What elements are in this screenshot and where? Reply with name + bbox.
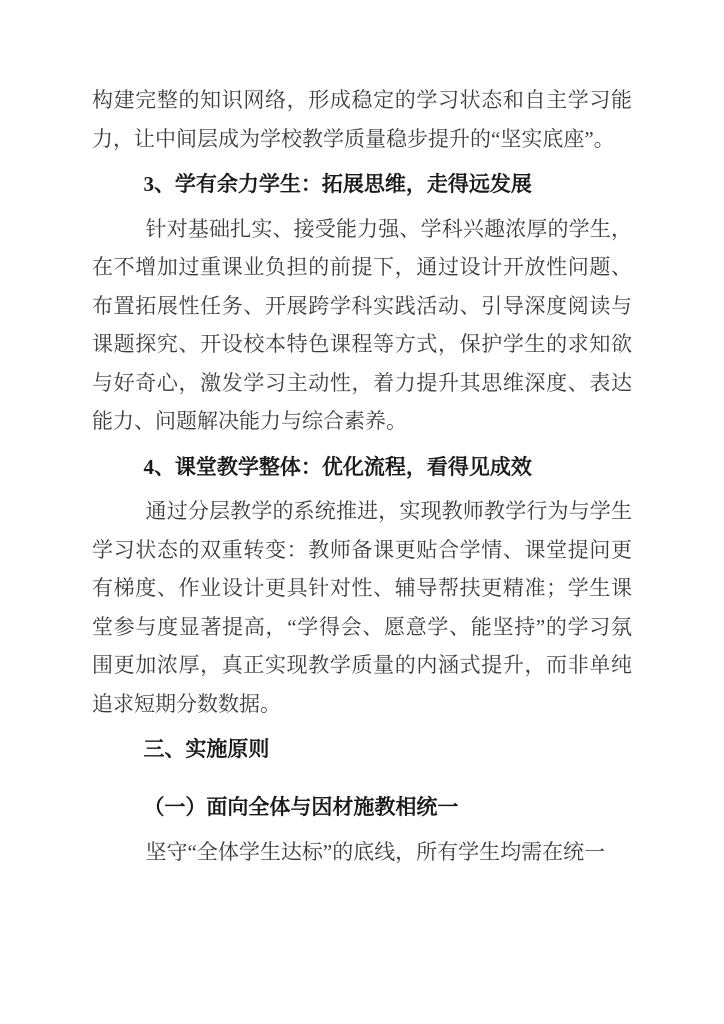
paragraph-classroom-teaching: 通过分层教学的系统推进，实现教师教学行为与学生学习状态的双重转变：教师备课更贴合… (92, 492, 632, 723)
document-content: 构建完整的知识网络，形成稳定的学习状态和自主学习能力，让中间层成为学校教学质量稳… (92, 81, 632, 872)
heading-sub-one-whole-class: （一）面向全体与因材施教相统一 (92, 788, 632, 827)
document-page: 构建完整的知识网络，形成稳定的学习状态和自主学习能力，让中间层成为学校教学质量稳… (0, 0, 724, 1024)
paragraph-whole-class-baseline: 坚守“全体学生达标”的底线，所有学生均需在统一 (92, 833, 632, 872)
heading-4-classroom-teaching: 4、课堂教学整体：优化流程，看得见成效 (92, 448, 632, 487)
paragraph-advanced-students: 针对基础扎实、接受能力强、学科兴趣浓厚的学生，在不增加过重课业负担的前提下，通过… (92, 210, 632, 441)
paragraph-knowledge-network-continuation: 构建完整的知识网络，形成稳定的学习状态和自主学习能力，让中间层成为学校教学质量稳… (92, 81, 632, 158)
heading-section-three-principles: 三、实施原则 (92, 730, 632, 769)
heading-3-advanced-students: 3、学有余力学生：拓展思维，走得远发展 (92, 165, 632, 204)
